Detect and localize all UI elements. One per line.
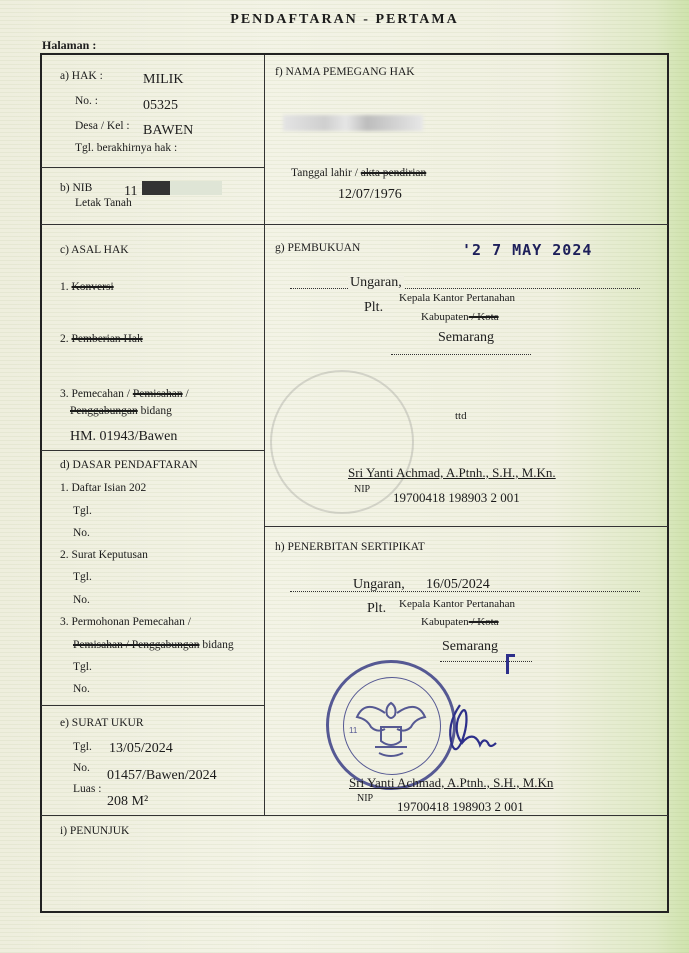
permohonan-line2: Pemisahan / Penggabungan bidang <box>73 639 234 651</box>
no-value: 05325 <box>143 98 178 114</box>
surat-ukur-no-label: No. <box>73 762 90 774</box>
daftar-isian-no: No. <box>73 527 90 539</box>
tanggal-lahir-label: Tanggal lahir / akta pendirian <box>291 167 426 179</box>
penerbitan-signer: Sri Yanti Achmad, A.Ptnh., S.H., M.Kn <box>349 775 553 791</box>
tanggal-lahir-text: Tanggal lahir / <box>291 167 361 179</box>
surat-keputusan-no: No. <box>73 594 90 606</box>
penerbitan-date: 16/05/2024 <box>426 577 490 593</box>
dasar-pendaftaran-heading: d) DASAR PENDAFTARAN <box>60 459 198 471</box>
asal-hak-item-1: 1. Konversi <box>60 281 114 293</box>
desa-label: Desa / Kel : <box>75 120 130 132</box>
asal-hak-item-3-line2: Penggabungan bidang <box>70 405 172 417</box>
pembukuan-office: Kepala Kantor Pertanahan <box>399 292 515 304</box>
pemisahan-text: Pemisahan <box>133 388 183 400</box>
item-number: 1. <box>60 281 69 293</box>
pembukuan-place: Ungaran, <box>348 275 404 291</box>
divider-b-c <box>41 224 668 225</box>
divider-d-e <box>41 705 265 706</box>
penggabungan-text: Penggabungan <box>70 405 138 417</box>
pembukuan-nip-value: 19700418 198903 2 001 <box>393 490 520 506</box>
desa-value: BAWEN <box>143 123 193 139</box>
item-number: 3. <box>60 388 69 400</box>
divider-g-h <box>264 526 668 527</box>
pembukuan-nip-label: NIP <box>354 484 370 495</box>
asal-hak-item-2: 2. Pemberian Hak <box>60 333 143 345</box>
pemisahan-penggabungan-text: Pemisahan / Penggabungan <box>73 639 199 651</box>
ttd-text: ttd <box>455 410 467 422</box>
penerbitan-kabupaten: Kabupaten / Kota <box>421 616 499 628</box>
nib-redaction <box>142 181 170 195</box>
penerbitan-plt: Plt. <box>367 601 386 617</box>
penerbitan-place: Ungaran, <box>353 577 405 593</box>
place-date-line <box>290 288 640 289</box>
kota-text: / Kota <box>469 311 499 323</box>
divider-a-b <box>41 167 265 168</box>
no-label: No. : <box>75 95 98 107</box>
tgl-berakhir-label: Tgl. berakhirnya hak : <box>75 142 177 154</box>
konversi-text: Konversi <box>72 281 114 293</box>
divider-e-i <box>41 815 668 816</box>
signature-icon <box>430 700 510 760</box>
bidang-text: bidang <box>199 639 233 651</box>
tanggal-lahir-value: 12/07/1976 <box>338 187 402 203</box>
pembukuan-stamp-date: '2 7 MAY 2024 <box>462 241 592 259</box>
hak-label: a) HAK : <box>60 70 103 82</box>
pemecahan-text: Pemecahan / <box>72 388 130 400</box>
kota-text: / Kota <box>469 616 499 628</box>
region-line <box>391 354 531 355</box>
pembukuan-region: Semarang <box>438 330 494 346</box>
pemberian-hak-text: Pemberian Hak <box>72 333 143 345</box>
surat-ukur-tgl-label: Tgl. <box>73 741 92 753</box>
kabupaten-text: Kabupaten <box>421 616 469 628</box>
luas-value: 208 M² <box>107 794 148 810</box>
permohonan-pemecahan: 3. Permohonan Pemecahan / <box>60 616 191 628</box>
penerbitan-office: Kepala Kantor Pertanahan <box>399 598 515 610</box>
ink-mark-icon <box>506 654 509 674</box>
pembukuan-heading: g) PEMBUKUAN <box>275 242 360 254</box>
permohonan-no: No. <box>73 683 90 695</box>
penerbitan-region-line <box>440 661 532 662</box>
pembukuan-signer: Sri Yanti Achmad, A.Ptnh., S.H., M.Kn. <box>348 465 556 481</box>
penerbitan-sertipikat-heading: h) PENERBITAN SERTIPIKAT <box>275 541 425 553</box>
luas-label: Luas : <box>73 783 101 795</box>
surat-ukur-heading: e) SURAT UKUR <box>60 717 144 729</box>
surat-keputusan: 2. Surat Keputusan <box>60 549 148 561</box>
penerbitan-region: Semarang <box>442 639 498 655</box>
akta-pendirian-text: akta pendirian <box>361 167 426 179</box>
holder-name-redacted <box>283 115 423 131</box>
kabupaten-text: Kabupaten <box>421 311 469 323</box>
pembukuan-kabupaten: Kabupaten / Kota <box>421 311 499 323</box>
seal-number: 11 <box>349 726 358 735</box>
asal-hak-heading: c) ASAL HAK <box>60 244 129 256</box>
daftar-isian-tgl: Tgl. <box>73 505 92 517</box>
nib-label: b) NIB <box>60 182 92 194</box>
daftar-isian: 1. Daftar Isian 202 <box>60 482 146 494</box>
penunjuk-heading: i) PENUNJUK <box>60 825 129 837</box>
page-title: PENDAFTARAN - PERTAMA <box>0 12 689 28</box>
surat-ukur-no-value: 01457/Bawen/2024 <box>107 768 217 784</box>
nib-redaction-light <box>170 181 222 195</box>
surat-keputusan-tgl: Tgl. <box>73 571 92 583</box>
asal-hak-value: HM. 01943/Bawen <box>70 429 177 445</box>
separator: / <box>183 388 189 400</box>
halaman-label: Halaman : <box>42 38 96 53</box>
asal-hak-item-3: 3. Pemecahan / Pemisahan / <box>60 388 189 400</box>
ink-mark-top-icon <box>506 654 515 657</box>
letak-tanah-label: Letak Tanah <box>75 197 132 209</box>
permohonan-tgl: Tgl. <box>73 661 92 673</box>
surat-ukur-tgl-value: 13/05/2024 <box>109 741 173 757</box>
hak-value: MILIK <box>143 72 183 88</box>
column-divider <box>264 55 265 815</box>
pembukuan-plt: Plt. <box>364 300 383 316</box>
penerbitan-nip-label: NIP <box>357 793 373 804</box>
nama-pemegang-hak-heading: f) NAMA PEMEGANG HAK <box>275 66 415 78</box>
item-number: 2. <box>60 333 69 345</box>
bidang-text: bidang <box>138 405 172 417</box>
divider-c-d <box>41 450 265 451</box>
penerbitan-nip-value: 19700418 198903 2 001 <box>397 799 524 815</box>
